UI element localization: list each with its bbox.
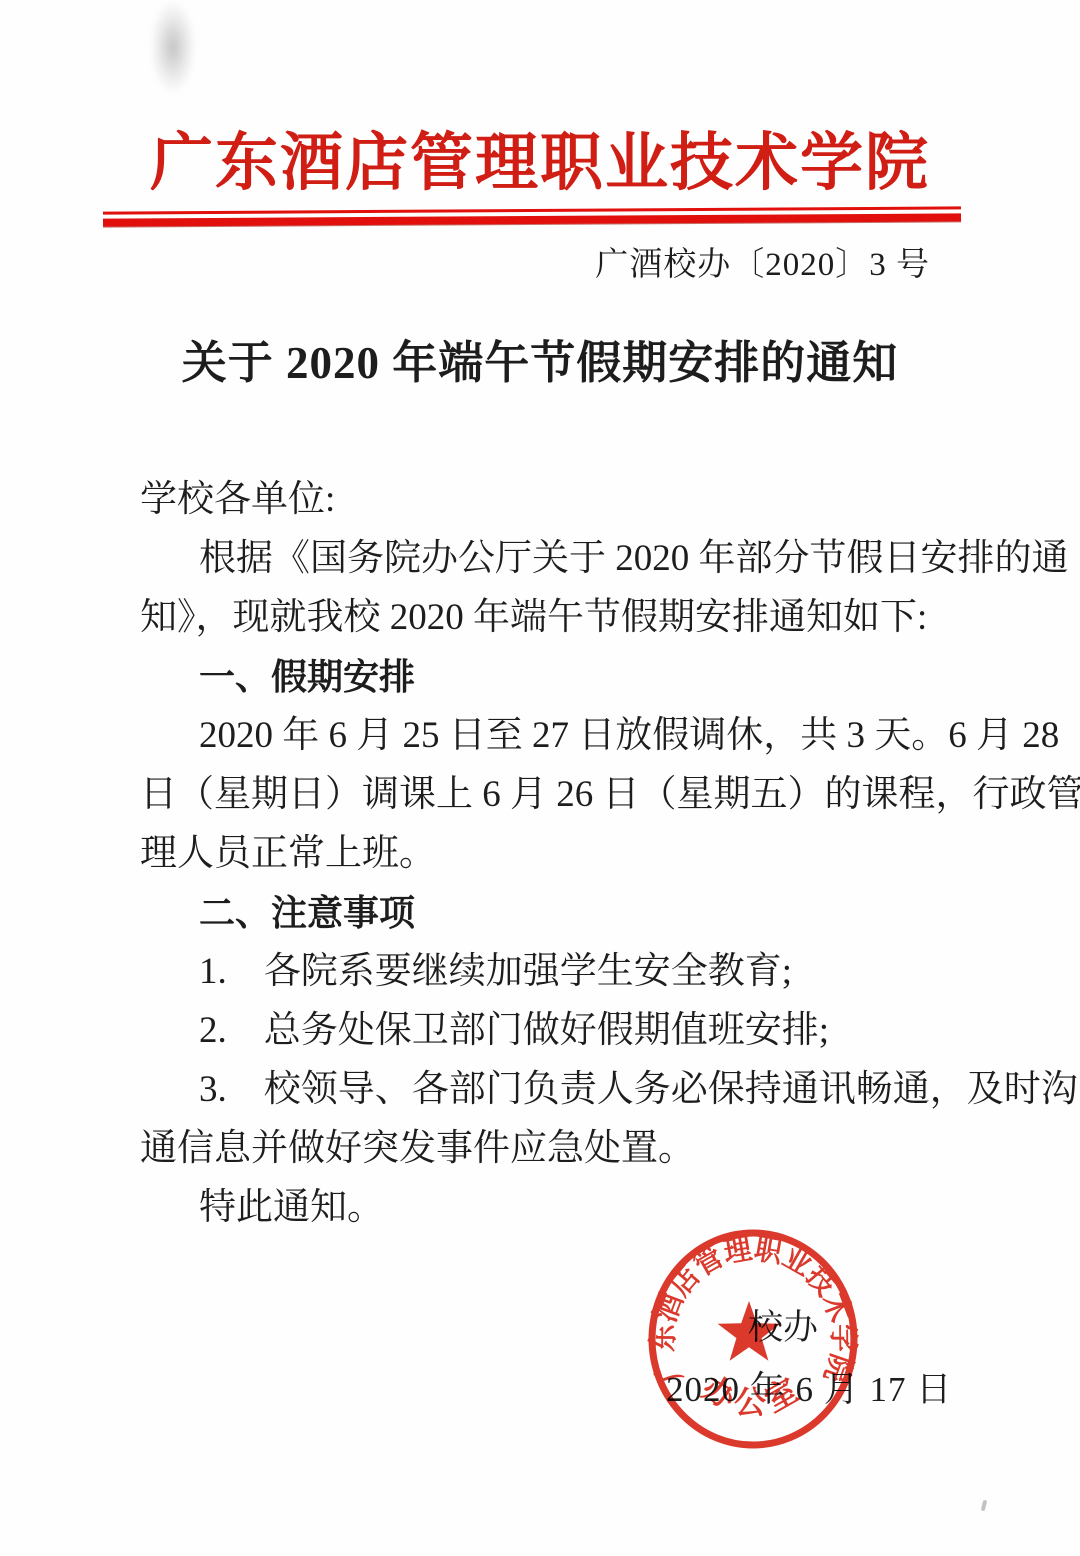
- list-item-1: 1. 各院系要继续加强学生安全教育;: [140, 942, 952, 1001]
- school-name: 广东酒店管理职业技术学院: [0, 112, 1080, 203]
- list-item-3: 3. 校领导、各部门负责人务必保持通讯畅通，及时沟: [140, 1060, 952, 1119]
- document-page: 广东酒店管理职业技术学院 广酒校办〔2020〕3 号 关于 2020 年端午节假…: [0, 0, 1080, 1556]
- scan-artifact-dot: [981, 1500, 988, 1512]
- document-number: 广酒校办〔2020〕3 号: [595, 238, 930, 285]
- section-heading-1: 一、假期安排: [140, 647, 952, 706]
- seal-ring-text-holder: 广东酒店管理职业技术学院: [647, 1232, 859, 1387]
- body-line: 根据《国务院办公厅关于 2020 年部分节假日安排的通: [140, 529, 952, 588]
- body-line: 知》，现就我校 2020 年端午节假期安排通知如下:: [140, 588, 952, 647]
- document-body: 学校各单位: 根据《国务院办公厅关于 2020 年部分节假日安排的通 知》，现就…: [140, 470, 952, 1237]
- body-line: 2020 年 6 月 25 日至 27 日放假调休，共 3 天。6 月 28: [140, 706, 952, 765]
- seal-bottom-text-holder: 办公室: [697, 1369, 810, 1420]
- list-item-3-cont: 通信息并做好突发事件应急处置。: [140, 1119, 952, 1178]
- office-seal: 广东酒店管理职业技术学院 办公室: [644, 1226, 862, 1452]
- scan-artifact-smudge: [150, 0, 196, 94]
- header-divider-rule: [103, 206, 961, 226]
- document-title: 关于 2020 年端午节假期安排的通知: [0, 326, 1080, 391]
- body-line: 日（星期日）调课上 6 月 26 日（星期五）的课程，行政管: [140, 765, 952, 824]
- body-line-salutation: 学校各单位:: [140, 470, 952, 529]
- seal-ring-text: 广东酒店管理职业技术学院: [647, 1232, 859, 1387]
- seal-star-icon: [718, 1301, 781, 1361]
- list-item-2: 2. 总务处保卫部门做好假期值班安排;: [140, 1001, 952, 1060]
- seal-bottom-text: 办公室: [697, 1369, 810, 1420]
- body-line: 理人员正常上班。: [140, 824, 952, 883]
- section-heading-2: 二、注意事项: [140, 883, 952, 942]
